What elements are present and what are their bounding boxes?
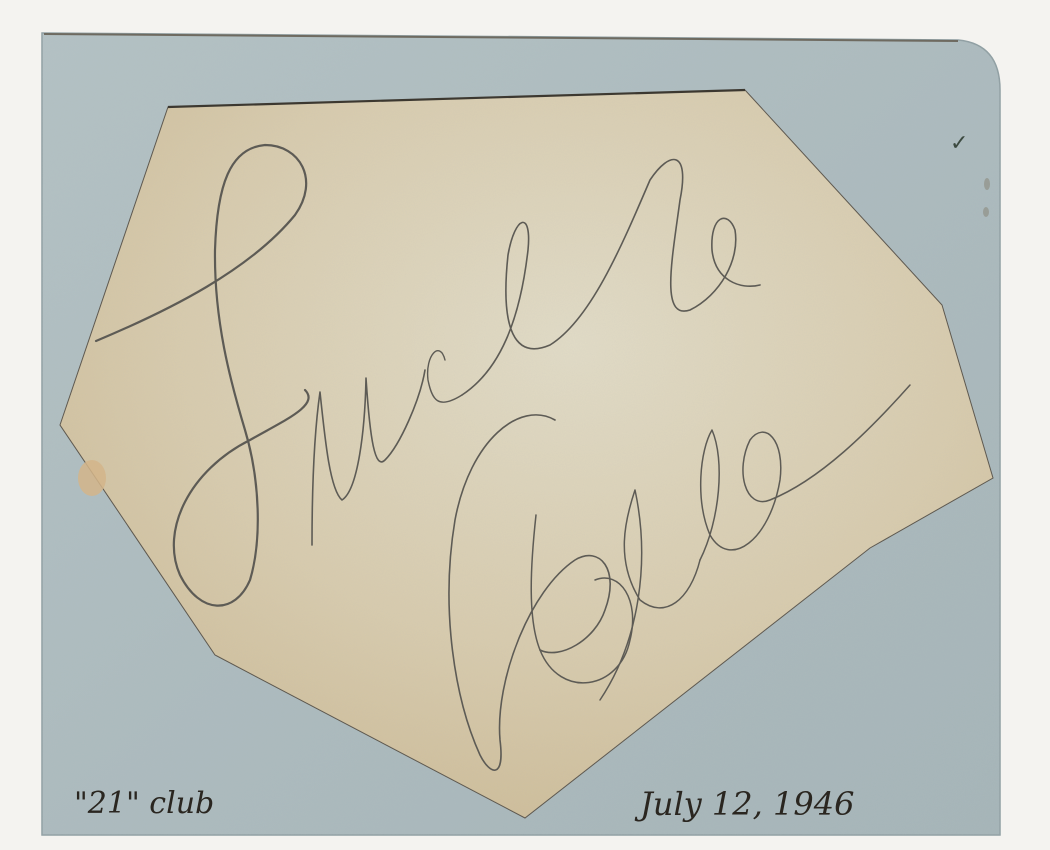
torn-spot [78,460,106,496]
venue-annotation: "21" club [74,786,214,821]
stain-spot [983,207,989,217]
date-annotation: July 12, 1946 [634,785,854,823]
check-mark-icon: ✓ [950,131,968,156]
album-page-photo: "21" club July 12, 1946 ✓ [0,0,1050,850]
stain-spot [984,178,990,190]
